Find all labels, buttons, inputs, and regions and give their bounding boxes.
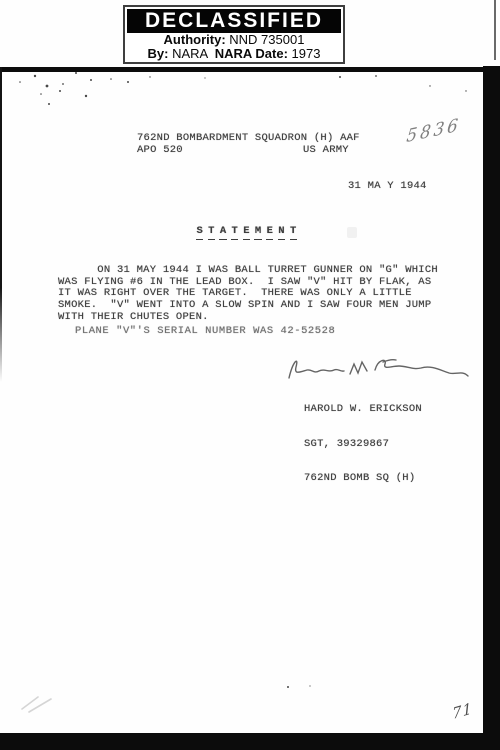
signer-unit: 762ND BOMB SQ (H) <box>304 473 422 485</box>
by-label: By: <box>148 46 169 61</box>
handwritten-reference-number: 5836 <box>406 115 462 147</box>
declassified-banner: DECLASSIFIED <box>127 9 341 33</box>
document-title: STATEMENT <box>196 226 301 240</box>
handwritten-page-number: 71 <box>452 699 474 723</box>
paper-smudge <box>347 227 357 238</box>
scan-edge-top <box>0 67 500 72</box>
scan-edge-bottom <box>0 733 500 750</box>
signer-rank-serial: SGT, 39329867 <box>304 439 422 451</box>
nara-date-label: NARA Date: <box>215 46 288 61</box>
stamp-by-line: By: NARA NARA Date: 1973 <box>127 47 341 61</box>
scan-edge-left <box>0 67 2 382</box>
unit-designation: 762ND BOMBARDMENT SQUADRON (H) AAF <box>137 133 360 145</box>
scan-edge-top-right <box>494 0 496 60</box>
signature-block: HAROLD W. ERICKSON SGT, 39329867 762ND B… <box>304 381 422 508</box>
apo-number: APO 520 <box>137 145 183 157</box>
declassified-stamp: DECLASSIFIED Authority: NND 735001 By: N… <box>123 5 345 64</box>
document-date: 31 MA Y 1944 <box>348 181 427 193</box>
by-value: NARA <box>168 46 214 61</box>
service-branch: US ARMY <box>303 145 349 157</box>
stamp-authority-line: Authority: NND 735001 <box>127 33 341 47</box>
scan-edge-right <box>483 66 500 750</box>
statement-body: ON 31 MAY 1944 I WAS BALL TURRET GUNNER … <box>58 265 438 324</box>
nara-date-value: 1973 <box>288 46 321 61</box>
scanned-document-page: DECLASSIFIED Authority: NND 735001 By: N… <box>0 0 500 750</box>
signer-name: HAROLD W. ERICKSON <box>304 404 422 416</box>
plane-serial-line: PLANE "V"'S SERIAL NUMBER WAS 42-52528 <box>75 326 335 338</box>
pencil-squiggle <box>20 692 65 716</box>
